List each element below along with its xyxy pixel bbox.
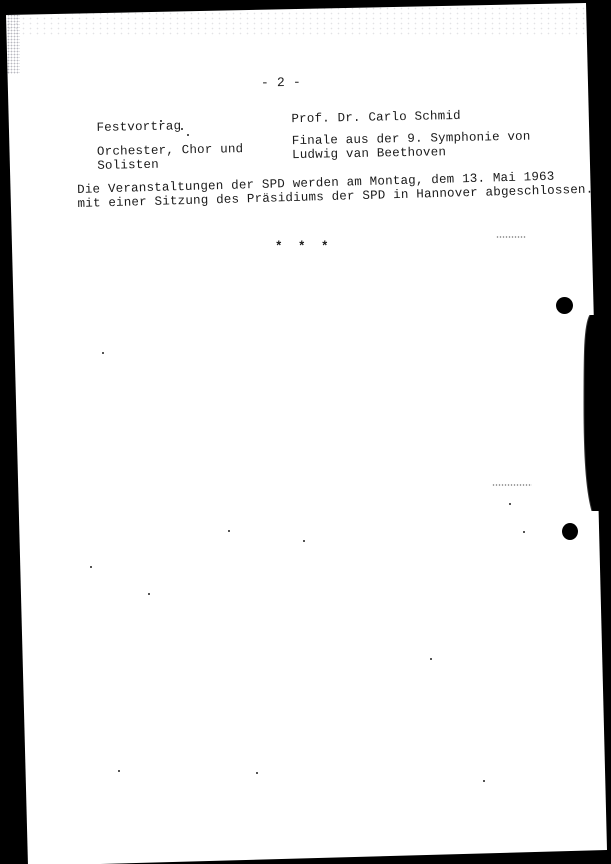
punch-hole [556,297,573,314]
scanned-page: - 2 - Festvortrag Prof. Dr. Carlo Schmid… [0,0,611,864]
program-list: Festvortrag Prof. Dr. Carlo Schmid Orche… [0,0,611,864]
scan-speck [303,540,305,542]
program-item-label: Festvortrag [96,119,181,135]
scan-speck [181,128,183,130]
scan-speck [523,531,525,533]
scan-speck [90,566,92,568]
section-separator: * * * [275,240,333,254]
program-item-value: Finale aus der 9. Symphonie von Ludwig v… [292,130,531,163]
scan-speck [228,530,230,532]
pencil-mark [492,484,532,486]
scan-speck [118,770,120,772]
scan-speck [430,658,432,660]
scan-speck [256,772,258,774]
scan-speck [148,593,150,595]
scan-speck [102,352,104,354]
scan-speck [187,134,189,136]
scan-speck [483,780,485,782]
punch-hole [562,523,578,540]
scan-speck [509,503,511,505]
program-item-label: Orchester, Chor und Solisten [97,142,244,173]
pencil-mark [496,236,526,238]
program-item-value: Prof. Dr. Carlo Schmid [291,109,461,126]
scan-speck [160,120,162,122]
